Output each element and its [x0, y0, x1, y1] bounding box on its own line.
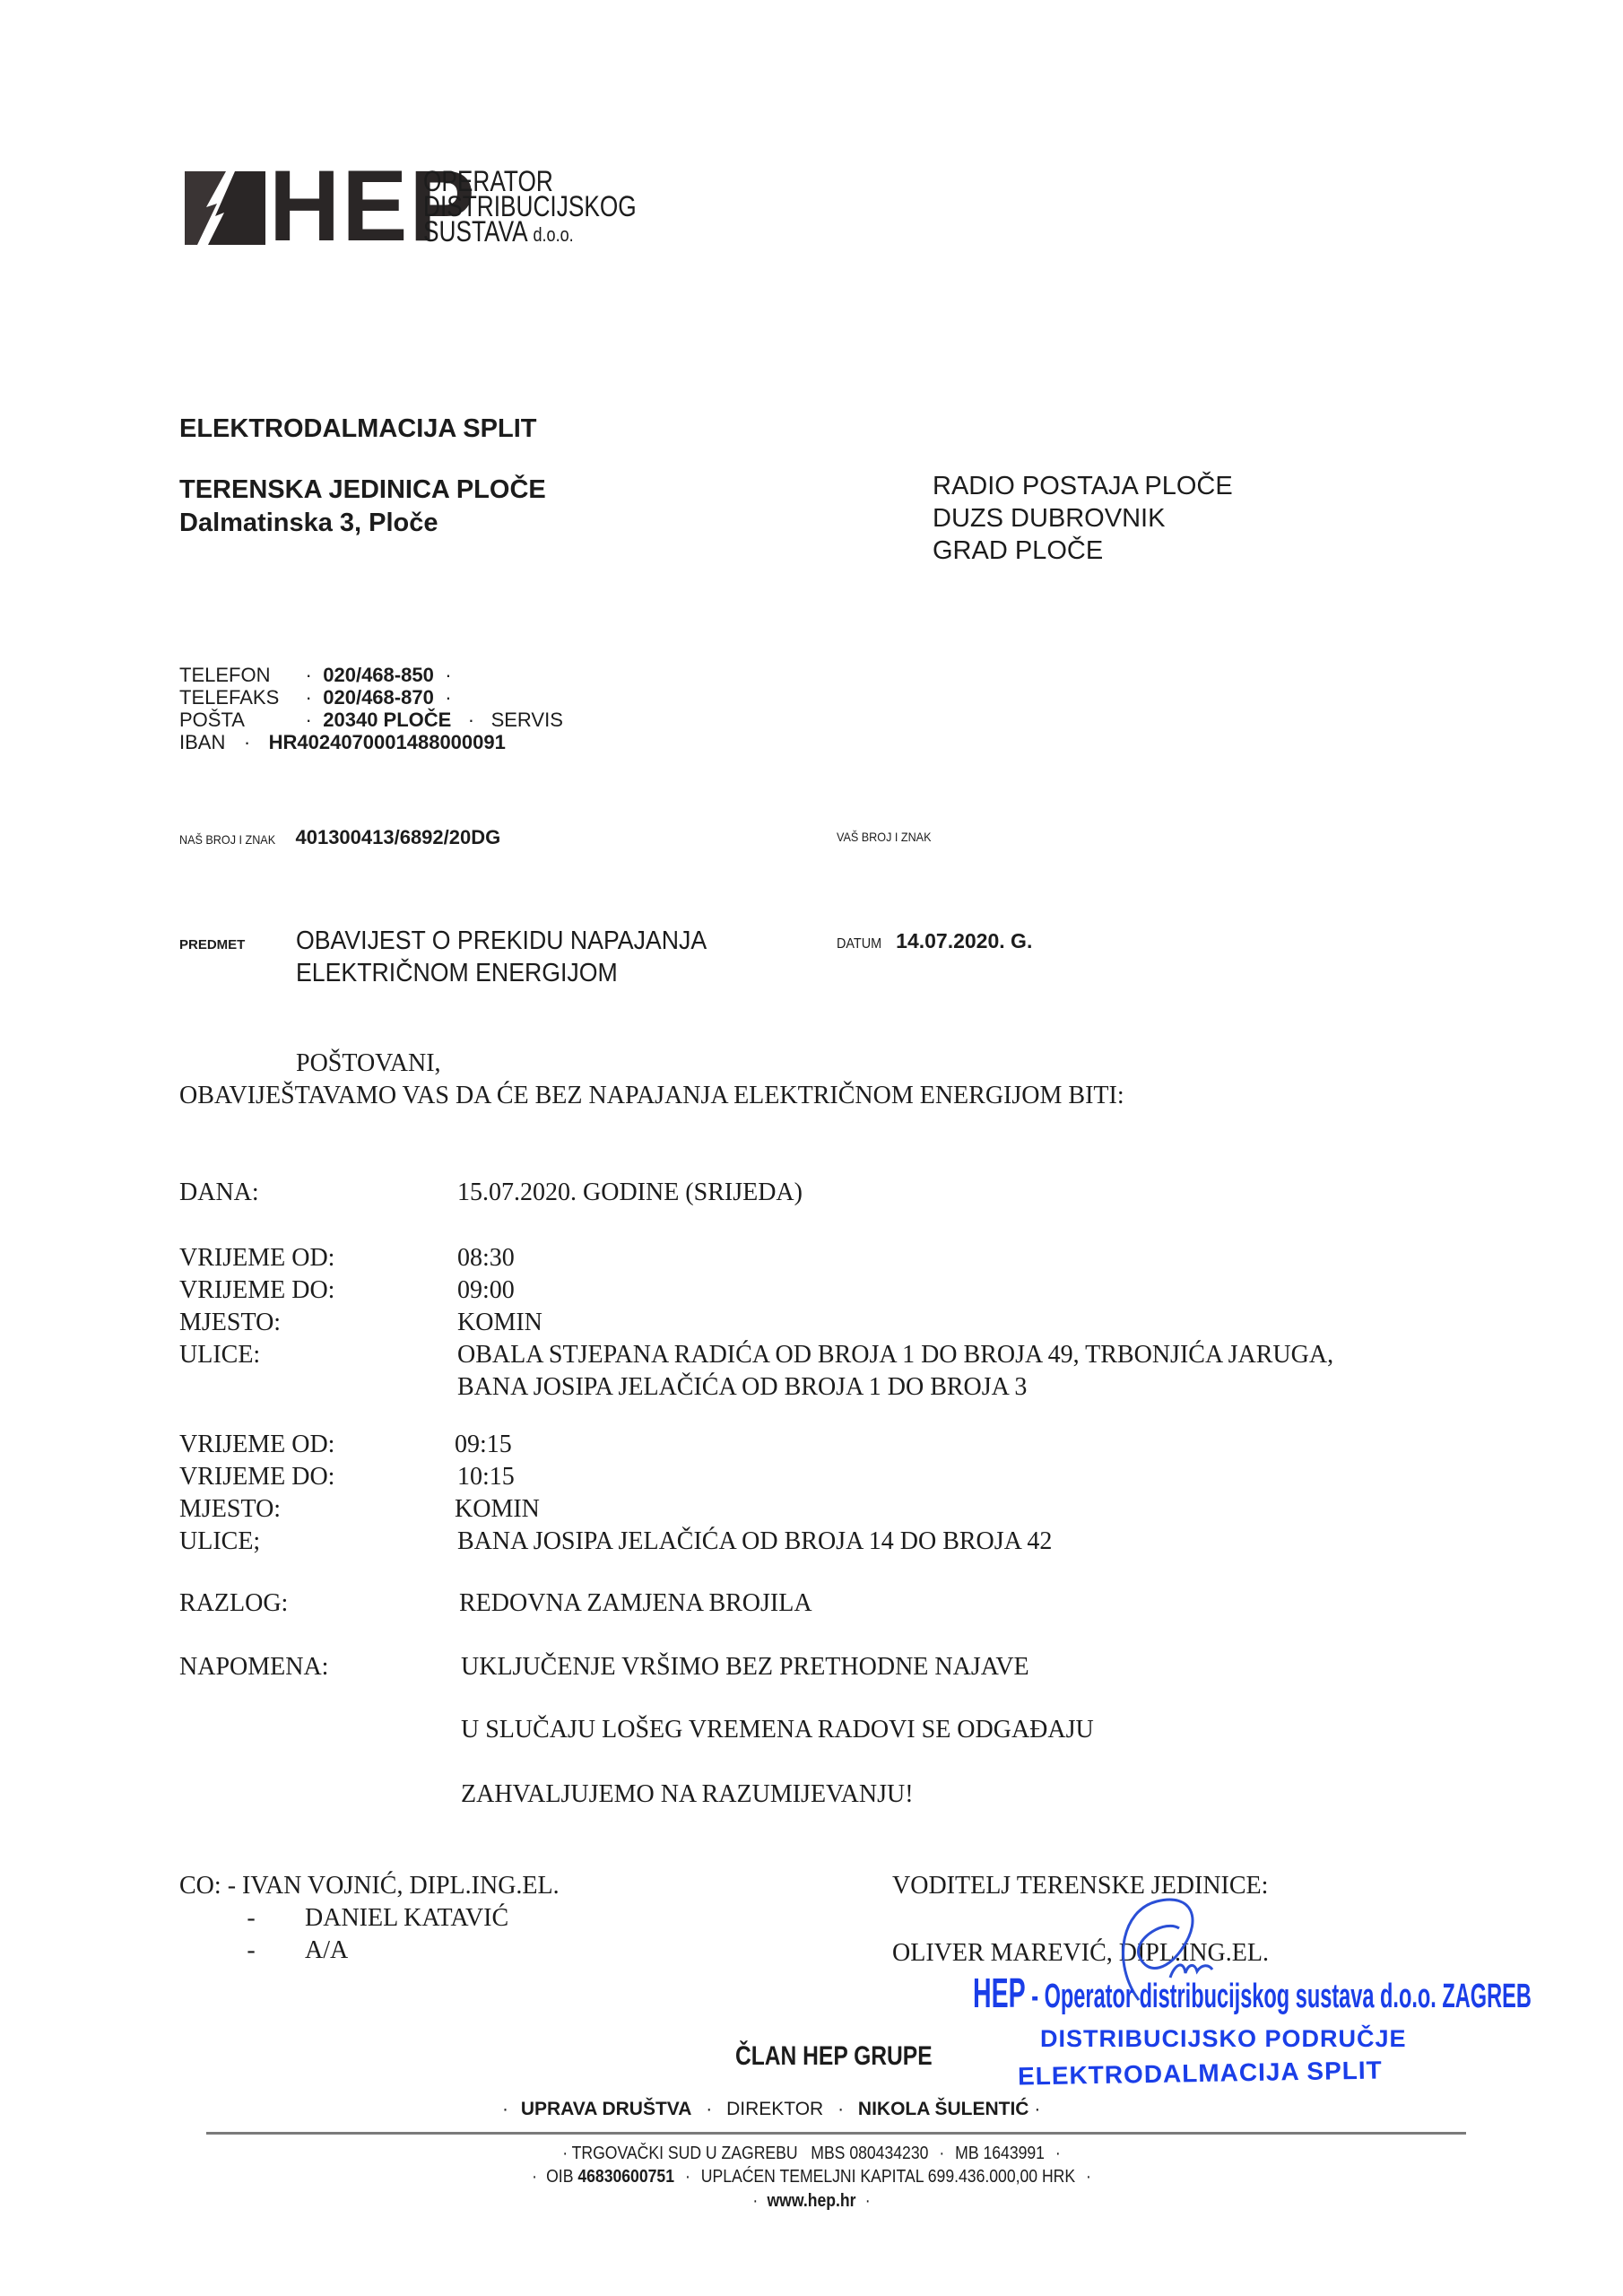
place-label: MJESTO:: [179, 1493, 334, 1526]
note-2: U SLUČAJU LOŠEG VREMENA RADOVI SE ODGAĐA…: [461, 1714, 1094, 1746]
footer-divider: [206, 2132, 1466, 2135]
copies-item-row: -A/A: [179, 1935, 560, 1967]
recipient-list: RADIO POSTAJA PLOČE DUZS DUBROVNIK GRAD …: [933, 470, 1233, 567]
sender-organization: ELEKTRODALMACIJA SPLIT: [179, 414, 536, 444]
sender-unit: TERENSKA JEDINICA PLOČE: [179, 475, 546, 505]
separator-dot: ·: [838, 2099, 844, 2119]
phone-value: 020/468-850: [323, 664, 434, 686]
subject-line-1: OBAVIJEST O PREKIDU NAPAJANJA: [296, 925, 707, 957]
iban-value: HR4024070001488000091: [269, 731, 506, 753]
streets-value-line-2: BANA JOSIPA JELAČIĆA OD BROJA 1 DO BROJA…: [457, 1371, 1333, 1404]
separator-dot: ·: [865, 2191, 871, 2211]
footer-web-line: · www.hep.hr ·: [98, 2191, 1526, 2212]
time-from-label: VRIJEME OD:: [179, 1429, 334, 1461]
place-value: KOMIN: [455, 1493, 1052, 1526]
your-reference: VAŠ BROJ I ZNAK: [837, 830, 942, 846]
place-value: KOMIN: [457, 1307, 1333, 1339]
footer-oib-line: · OIB 46830600751 · UPLAĆEN TEMELJNI KAP…: [98, 2167, 1526, 2187]
day-value: 15.07.2020. GODINE (SRIJEDA): [457, 1177, 803, 1209]
mb-label: MB: [955, 2144, 978, 2163]
director-label: DIREKTOR: [726, 2099, 823, 2119]
separator-dot: ·: [456, 709, 485, 731]
subject-label: PREDMET: [179, 937, 245, 952]
day-label: DANA:: [179, 1177, 259, 1209]
share-capital: UPLAĆEN TEMELJNI KAPITAL 699.436.000,00 …: [701, 2167, 1075, 2187]
separator-dot: ·: [939, 2144, 944, 2163]
separator-dot: ·: [299, 686, 317, 709]
contact-block: TELEFON · 020/468-850 · TELEFAKS · 020/4…: [179, 664, 563, 753]
separator-dot: ·: [562, 2144, 568, 2163]
separator-dot: ·: [706, 2099, 712, 2119]
place-label: MJESTO:: [179, 1307, 334, 1339]
mb-number: 1643991: [983, 2144, 1045, 2163]
website-link[interactable]: www.hep.hr: [767, 2191, 855, 2211]
separator-dot: ·: [685, 2167, 690, 2187]
contact-phone-row: TELEFON · 020/468-850 ·: [179, 664, 563, 686]
greeting: POŠTOVANI,: [296, 1049, 441, 1078]
stamp-line-3: ELEKTRODALMACIJA SPLIT: [1018, 2056, 1383, 2091]
stamp-brand: HEP: [973, 1970, 1026, 2016]
director-name: NIKOLA ŠULENTIĆ: [858, 2099, 1029, 2119]
iban-label: IBAN: [179, 731, 225, 753]
recipient-item: GRAD PLOČE: [933, 535, 1233, 567]
logo-line-3: SUSTAVA d.o.o.: [423, 219, 637, 248]
contact-post-row: POŠTA · 20340 PLOČE · SERVIS: [179, 709, 563, 731]
fax-label: TELEFAKS: [179, 686, 294, 709]
reason-label: RAZLOG:: [179, 1587, 288, 1620]
note-label: NAPOMENA:: [179, 1651, 328, 1683]
oib-label: OIB: [546, 2167, 573, 2187]
recipient-item: DUZS DUBROVNIK: [933, 502, 1233, 535]
separator-dot: ·: [230, 731, 263, 753]
our-reference: NAŠ BROJ I ZNAK 401300413/6892/20DG: [179, 826, 500, 849]
court-registry: TRGOVAČKI SUD U ZAGREBU: [572, 2144, 798, 2163]
post-value: 20340 PLOČE: [323, 709, 451, 731]
separator-dot: ·: [299, 664, 317, 686]
management-line: · UPRAVA DRUŠTVA · DIREKTOR · NIKOLA ŠUL…: [502, 2099, 1040, 2120]
recipient-item: RADIO POSTAJA PLOČE: [933, 470, 1233, 502]
time-to-value: 09:00: [457, 1274, 1333, 1307]
post-label: POŠTA: [179, 709, 294, 731]
separator-dot: ·: [532, 2167, 537, 2187]
logo-company-name: OPERATOR DISTRIBUCIJSKOG SUSTAVA d.o.o.: [423, 169, 637, 248]
management-label: UPRAVA DRUŠTVA: [521, 2099, 692, 2119]
separator-dot: ·: [1086, 2167, 1091, 2187]
time-to-value: 10:15: [457, 1461, 1052, 1493]
time-from-label: VRIJEME OD:: [179, 1242, 334, 1274]
separator-dot: ·: [439, 686, 457, 709]
mbs-number: MBS 080434230: [811, 2144, 928, 2163]
time-to-label: VRIJEME DO:: [179, 1461, 334, 1493]
member-of-group: ČLAN HEP GRUPE: [735, 2041, 933, 2072]
separator-dot: ·: [299, 709, 317, 731]
contact-fax-row: TELEFAKS · 020/468-870 ·: [179, 686, 563, 709]
copies-item: A/A: [305, 1936, 348, 1964]
copies-item: - IVAN VOJNIĆ, DIPL.ING.EL.: [228, 1872, 560, 1900]
separator-dot: ·: [752, 2191, 758, 2211]
subject-line-2: ELEKTRIČNOM ENERGIJOM: [296, 957, 707, 989]
dash: -: [197, 1935, 305, 1967]
date-block: DATUM 14.07.2020. G.: [837, 929, 1032, 953]
streets-value-line-1: BANA JOSIPA JELAČIĆA OD BROJA 14 DO BROJ…: [457, 1526, 1052, 1558]
stamp-line-1: HEP - Operator distribucijskog sustava d…: [973, 1969, 1532, 2017]
intro-text: OBAVIJEŠTAVAMO VAS DA ĆE BEZ NAPAJANJA E…: [179, 1082, 1124, 1110]
streets-label: ULICE:: [179, 1339, 334, 1371]
copies-item: DANIEL KATAVIĆ: [305, 1904, 508, 1932]
copies-first: CO: - IVAN VOJNIĆ, DIPL.ING.EL.: [179, 1870, 560, 1902]
note-3: ZAHVALJUJEMO NA RAZUMIJEVANJU!: [461, 1779, 914, 1811]
separator-dot: ·: [439, 664, 457, 686]
our-reference-label: NAŠ BROJ I ZNAK: [179, 832, 275, 847]
date-label: DATUM: [837, 936, 881, 952]
note-1: UKLJUČENJE VRŠIMO BEZ PRETHODNE NAJAVE: [461, 1651, 1029, 1683]
separator-dot: ·: [502, 2099, 508, 2119]
footer-registry-line: · TRGOVAČKI SUD U ZAGREBU MBS 080434230 …: [98, 2144, 1526, 2164]
copies-label: CO:: [179, 1872, 221, 1900]
oib-number: 46830600751: [577, 2167, 674, 2187]
fax-value: 020/468-870: [323, 686, 434, 709]
copies-item-row: -DANIEL KATAVIĆ: [179, 1902, 560, 1935]
lightning-bolt-icon: [179, 171, 269, 245]
phone-label: TELEFON: [179, 664, 294, 686]
separator-dot: ·: [1034, 2099, 1040, 2119]
time-from-value: 08:30: [457, 1242, 1333, 1274]
time-to-label: VRIJEME DO:: [179, 1274, 334, 1307]
stamp-company: - Operator distribucijskog sustava d.o.o…: [1031, 1978, 1532, 2015]
subject-text: OBAVIJEST O PREKIDU NAPAJANJA ELEKTRIČNO…: [296, 925, 707, 989]
separator-dot: ·: [1055, 2144, 1061, 2163]
our-reference-value: 401300413/6892/20DG: [295, 826, 500, 848]
time-from-value: 09:15: [455, 1429, 1052, 1461]
outage-2-values: 09:15 10:15 KOMIN BANA JOSIPA JELAČIĆA O…: [455, 1429, 1052, 1558]
logo-line-3-text: SUSTAVA: [423, 215, 526, 248]
your-reference-label: VAŠ BROJ I ZNAK: [837, 830, 931, 844]
logo-suffix: d.o.o.: [533, 223, 573, 246]
company-logo: HEP OPERATOR DISTRIBUCIJSKOG SUSTAVA d.o…: [179, 169, 664, 251]
outage-1-values: 08:30 09:00 KOMIN OBALA STJEPANA RADIĆA …: [457, 1242, 1333, 1404]
date-value: 14.07.2020. G.: [896, 929, 1032, 952]
post-extra: SERVIS: [491, 709, 563, 731]
outage-2-labels: VRIJEME OD: VRIJEME DO: MJESTO: ULICE;: [179, 1429, 334, 1558]
outage-1-labels: VRIJEME OD: VRIJEME DO: MJESTO: ULICE:: [179, 1242, 334, 1371]
streets-value-line-1: OBALA STJEPANA RADIĆA OD BROJA 1 DO BROJ…: [457, 1339, 1333, 1371]
dash: -: [197, 1902, 305, 1935]
reason-value: REDOVNA ZAMJENA BROJILA: [459, 1587, 812, 1620]
sender-address: Dalmatinska 3, Ploče: [179, 509, 438, 538]
contact-iban-row: IBAN · HR4024070001488000091: [179, 731, 563, 753]
copies-block: CO: - IVAN VOJNIĆ, DIPL.ING.EL. -DANIEL …: [179, 1870, 560, 1967]
streets-label: ULICE;: [179, 1526, 334, 1558]
stamp-line-2: DISTRIBUCIJSKO PODRUČJE: [1040, 2025, 1407, 2053]
